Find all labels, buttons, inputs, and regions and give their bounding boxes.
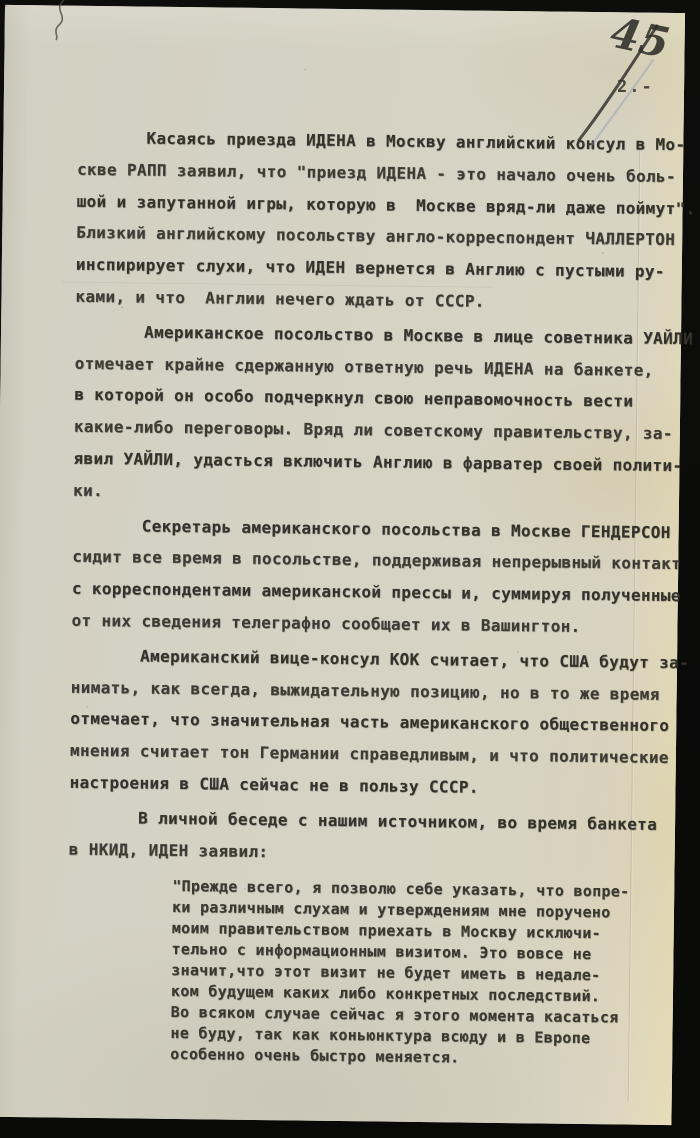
handwritten-numbering-mark: 45 [545,12,677,162]
paragraph: Американский вице-консул КОК считает, чт… [69,639,685,805]
scanned-document-page: Касаясь приезда ИДЕНА в Москву английски… [0,0,700,1138]
paragraph: Секретарь американского посольства в Мос… [71,509,687,644]
scan-hair-artifact [28,0,92,42]
handwritten-number-text: 45 [606,12,673,68]
text-line: от них сведения телеграфно сообщает их в… [71,605,685,644]
text-line: ками, и что Англии нечего ждать от СССР. [75,281,689,320]
quote-block: "Прежде всего, я позволю себе указать, ч… [170,876,658,1071]
text-line: в НКИД, ИДЕН заявил: [69,833,683,872]
paragraph: В личной беседе с нашим источником, во в… [69,801,684,872]
text-line: ки. [73,474,687,513]
document-body: Касаясь приезда ИДЕНА в Москву английски… [66,122,691,1072]
paragraph: Американское посольство в Москве в лице … [73,316,689,514]
blue-pencil-stroke [591,60,653,146]
paper-sheet: Касаясь приезда ИДЕНА в Москву английски… [0,5,685,1125]
